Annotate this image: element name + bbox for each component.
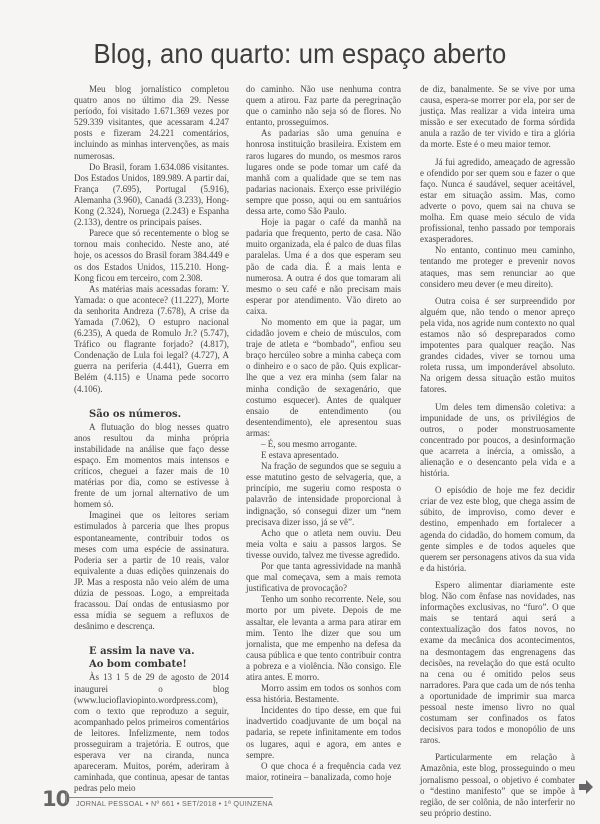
arrow-right-icon: [578, 779, 594, 795]
paragraph: O episódio de hoje me fez decidir criar …: [420, 485, 575, 574]
paragraph: do caminho. Não use nenhuma contra quem …: [246, 84, 401, 128]
paragraph: Do Brasil, foram 1.634.086 visitantes. D…: [74, 162, 229, 229]
paragraph: Acho que o atleta nem ouviu. Deu meia vo…: [246, 528, 401, 561]
column-1: Meu blog jornalístico completou quatro a…: [74, 84, 229, 794]
paragraph: Outra coisa é ser surpreendido por algué…: [420, 296, 575, 396]
paragraph: No momento em que ia pagar, um cidadão j…: [246, 317, 401, 439]
article-title: Blog, ano quarto: um espaço aberto: [21, 38, 579, 70]
subheading: E assim la nave va.: [89, 646, 229, 658]
paragraph: Tenho um sonho recorrente. Nele, sou mor…: [246, 594, 401, 683]
subheading: São os números.: [89, 409, 229, 421]
paragraph: Às 13 1 5 de 29 de agosto de 2014 inaugu…: [74, 672, 229, 794]
paragraph: E estava apresentado.: [246, 450, 401, 461]
paragraph: Meu blog jornalístico completou quatro a…: [74, 84, 229, 162]
paragraph: de diz, banalmente. Se se vive por uma c…: [420, 84, 575, 151]
paragraph: Um deles tem dimensão coletiva: a impuni…: [420, 402, 575, 480]
subheading: Ao bom combate!: [89, 659, 229, 671]
footer-rule: [68, 797, 273, 798]
paragraph: Já fui agredido, ameaçado de agressão e …: [420, 157, 575, 246]
paragraph: Incidentes do tipo desse, em que fui ina…: [246, 705, 401, 760]
publication-line: JORNAL PESSOAL • Nº 661 • SET/2018 • 1ª …: [76, 799, 273, 808]
paragraph: Imaginei que os leitores seriam estimula…: [74, 510, 229, 632]
paragraph: Morro assim em todos os sonhos com essa …: [246, 683, 401, 705]
paragraph: Particularmente em relação à Amazônia, e…: [420, 752, 575, 819]
paragraph: Na fração de segundos que se seguiu a es…: [246, 461, 401, 528]
paragraph: Parece que só recentemente o blog se tor…: [74, 228, 229, 283]
footer-divider: [66, 791, 67, 803]
paragraph: A flutuação do blog nesses quatro anos r…: [74, 422, 229, 511]
paragraph: As padarias são uma genuína e honrosa in…: [246, 128, 401, 217]
paragraph: Hoje ia pagar o café da manhã na padaria…: [246, 217, 401, 317]
page-footer: 10 JORNAL PESSOAL • Nº 661 • SET/2018 • …: [40, 787, 280, 813]
paragraph: O que choca é a frequência cada vez maio…: [246, 761, 401, 783]
column-3: de diz, banalmente. Se se vive por uma c…: [420, 84, 575, 819]
column-2: do caminho. Não use nenhuma contra quem …: [246, 84, 401, 783]
paragraph: Por que tanta agressividade na manhã que…: [246, 561, 401, 594]
article-body: Meu blog jornalístico completou quatro a…: [74, 84, 574, 774]
paragraph: Espero alimentar diariamente este blog. …: [420, 580, 575, 746]
paragraph: As matérias mais acessadas foram: Y. Yam…: [74, 284, 229, 395]
paragraph: – É, sou mesmo arrogante.: [246, 439, 401, 450]
paragraph: No entanto, continuo meu caminho, tentan…: [420, 245, 575, 289]
